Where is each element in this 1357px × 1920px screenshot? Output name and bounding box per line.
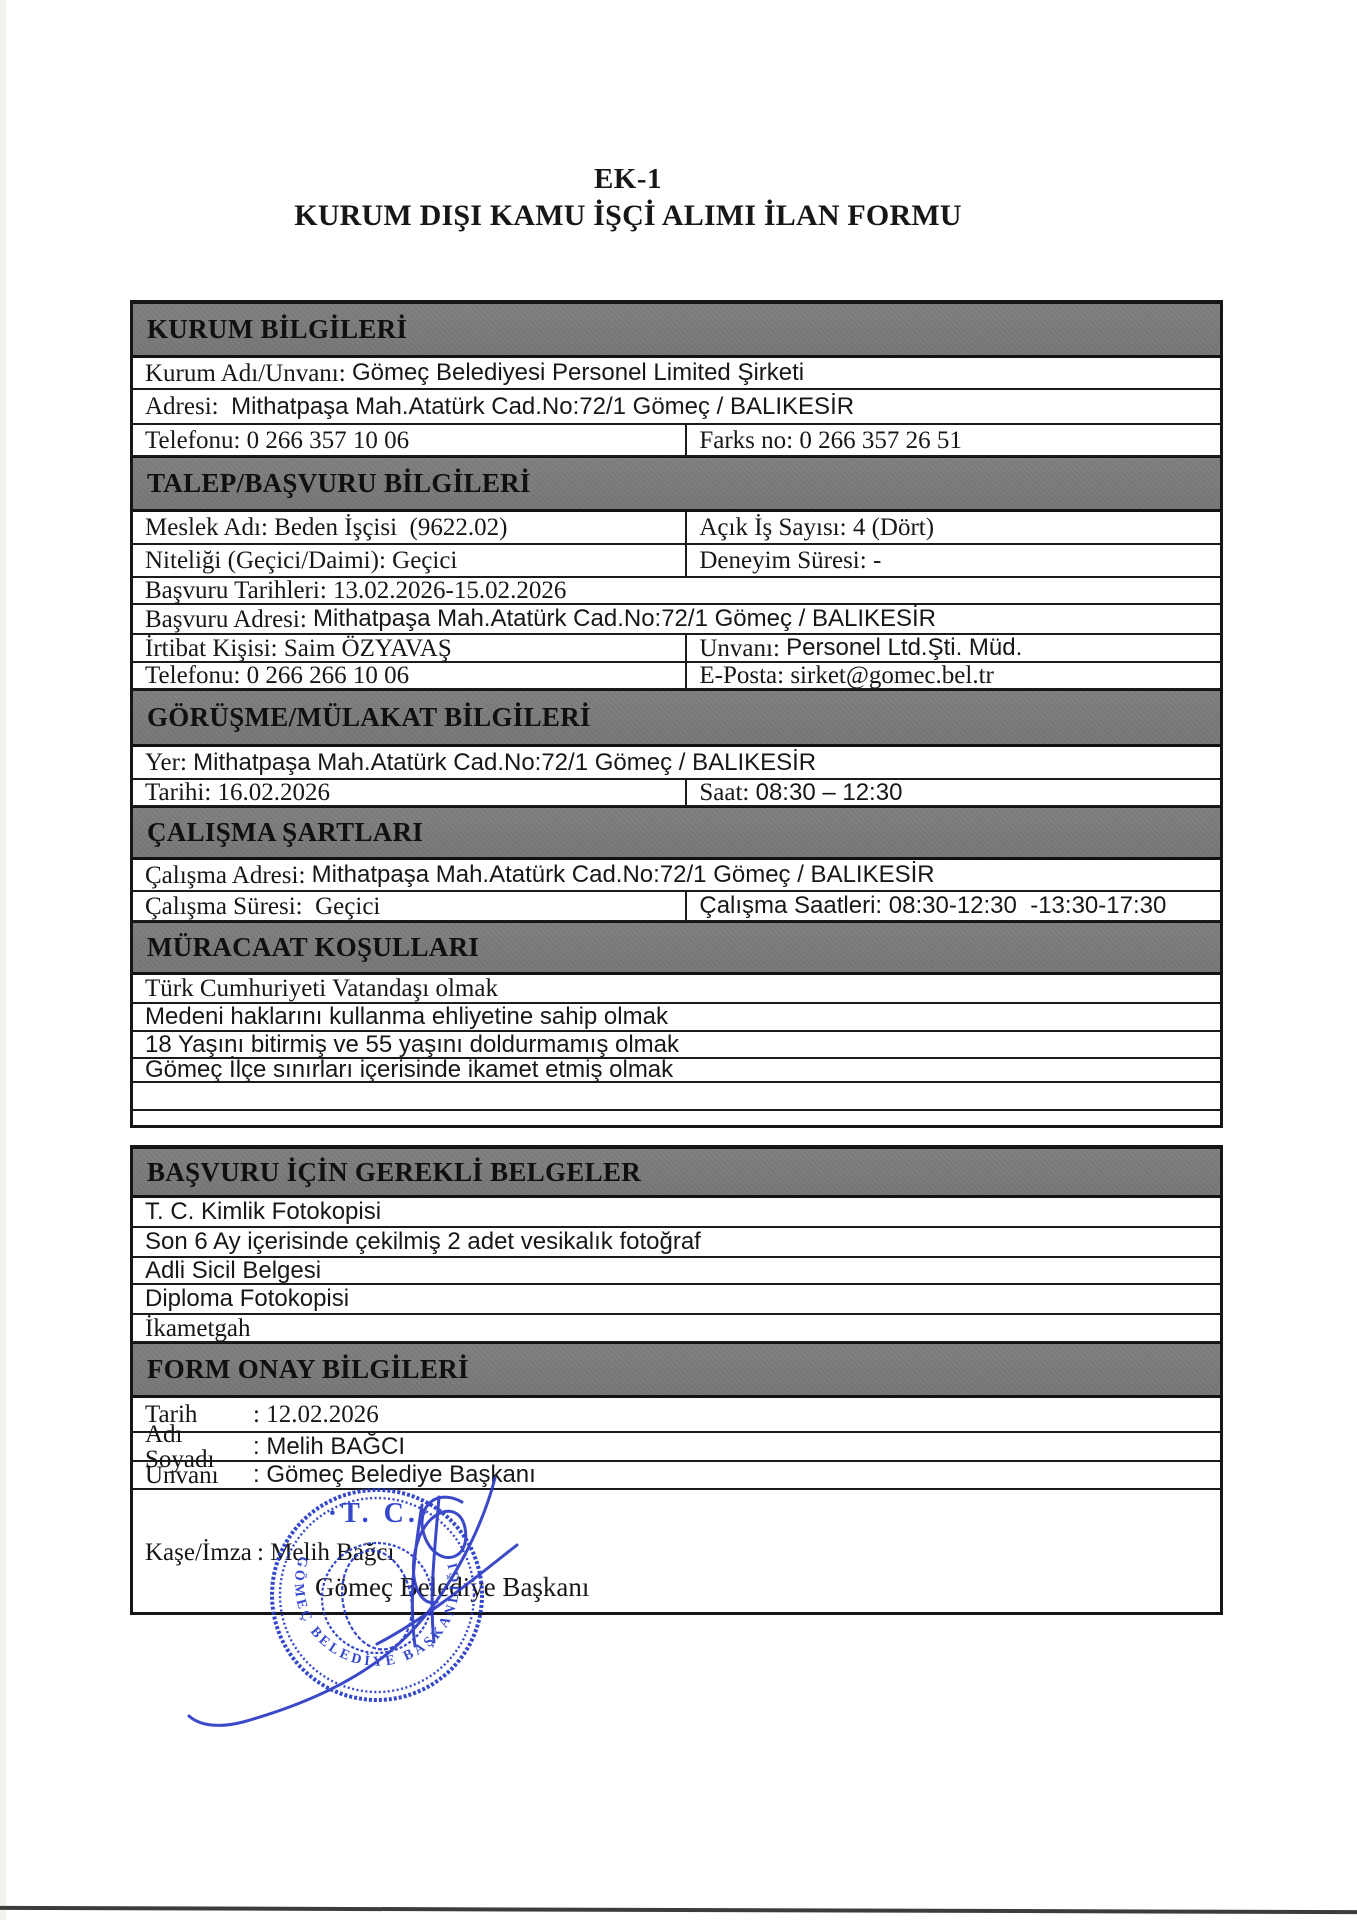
table-cell: Medeni haklarını kullanma ehliyetine sah…	[133, 1004, 1220, 1030]
table-cell: T. C. Kimlik Fotokopisi	[133, 1198, 1220, 1226]
scanner-edge-line	[0, 1906, 1357, 1914]
cell-text: Mithatpaşa Mah.Atatürk Cad.No:72/1 Gömeç…	[312, 863, 935, 887]
scanner-edge-strip	[0, 0, 6, 1920]
field-value: : Gömeç Belediye Başkanı	[253, 1463, 536, 1487]
cell-text: Farks no: 0 266 357 26 51	[699, 428, 962, 453]
ek-label: EK-1	[0, 163, 1256, 196]
cell-text: Mithatpaşa Mah.Atatürk Cad.No:72/1 Gömeç…	[313, 607, 936, 631]
cell-text: Saat:	[699, 780, 755, 805]
table-cell: E-Posta: sirket@gomec.bel.tr	[687, 663, 1220, 688]
cell-text: Mithatpaşa Mah.Atatürk Cad.No:72/1 Gömeç…	[231, 395, 854, 419]
cell-text: Kurum Adı/Unvanı:	[145, 361, 352, 386]
cell-text: İkametgah	[145, 1316, 251, 1341]
table-row: Yer: Mithatpaşa Mah.Atatürk Cad.No:72/1 …	[133, 747, 1220, 780]
table-cell: Meslek Adı: Beden İşçisi (9622.02)	[133, 512, 687, 543]
section-header-label: BAŞVURU İÇİN GEREKLİ BELGELER	[147, 1157, 641, 1188]
table-row: Meslek Adı: Beden İşçisi (9622.02)Açık İ…	[133, 512, 1220, 545]
section-header-label: TALEP/BAŞVURU BİLGİLERİ	[147, 468, 531, 499]
table-cell: Son 6 Ay içerisinde çekilmiş 2 adet vesi…	[133, 1228, 1220, 1256]
table-row: Niteliği (Geçici/Daimi): GeçiciDeneyim S…	[133, 545, 1220, 578]
table-cell: Tarihi: 16.02.2026	[133, 780, 687, 805]
table-cell: Başvuru Adresi: Mithatpaşa Mah.Atatürk C…	[133, 605, 1220, 633]
table-row: Başvuru Tarihleri: 13.02.2026-15.02.2026	[133, 578, 1220, 605]
table-row: Adı Soyadı: Melih BAĞCI	[133, 1433, 1220, 1462]
cell-text: Niteliği (Geçici/Daimi): Geçici	[145, 548, 457, 573]
table-row: Adli Sicil Belgesi	[133, 1258, 1220, 1285]
form-table-lower: BAŞVURU İÇİN GEREKLİ BELGELERT. C. Kimli…	[130, 1145, 1223, 1615]
cell-text: 08:30-12:30 -13:30-17:30	[889, 894, 1167, 918]
table-row	[133, 1111, 1220, 1125]
table-cell: Unvanı: Personel Ltd.Şti. Müd.	[687, 635, 1220, 661]
section-header-label: GÖRÜŞME/MÜLAKAT BİLGİLERİ	[147, 702, 591, 733]
cell-text: Adresi:	[145, 394, 231, 419]
cell-text: Açık İş Sayısı: 4 (Dört)	[699, 515, 934, 540]
cell-text: Başvuru Tarihleri: 13.02.2026-15.02.2026	[145, 578, 566, 603]
cell-text: Telefonu: 0 266 266 10 06	[145, 663, 409, 688]
stamp-signature-row: Kaşe/İmza: Melih BağcıGömeç Belediye Baş…	[133, 1490, 1220, 1612]
field-value: : 12.02.2026	[253, 1402, 379, 1427]
table-cell: Yer: Mithatpaşa Mah.Atatürk Cad.No:72/1 …	[133, 747, 1220, 778]
section-header-row: FORM ONAY BİLGİLERİ	[133, 1343, 1220, 1398]
table-row: Tarih: 12.02.2026	[133, 1398, 1220, 1433]
cell-text: T. C. Kimlik Fotokopisi	[145, 1200, 381, 1224]
table-cell: Başvuru Tarihleri: 13.02.2026-15.02.2026	[133, 578, 1220, 603]
table-cell: Telefonu: 0 266 266 10 06	[133, 663, 687, 688]
table-row: Başvuru Adresi: Mithatpaşa Mah.Atatürk C…	[133, 605, 1220, 635]
table-cell: Gömeç İlçe sınırları içerisinde ikamet e…	[133, 1059, 1220, 1081]
section-header-label: FORM ONAY BİLGİLERİ	[147, 1354, 469, 1385]
table-row: T. C. Kimlik Fotokopisi	[133, 1198, 1220, 1228]
field-value: : Melih Bağcı	[257, 1539, 394, 1566]
table-cell: Adli Sicil Belgesi	[133, 1258, 1220, 1283]
table-cell: Çalışma Adresi: Mithatpaşa Mah.Atatürk C…	[133, 860, 1220, 890]
section-header-label: KURUM BİLGİLERİ	[147, 314, 407, 345]
cell-text: Başvuru Adresi:	[145, 607, 313, 632]
section-header-row: KURUM BİLGİLERİ	[133, 303, 1220, 358]
table-cell: Kurum Adı/Unvanı: Gömeç Belediyesi Perso…	[133, 358, 1220, 388]
signer-title: Gömeç Belediye Başkanı	[315, 1574, 589, 1601]
field-label: Kaşe/İmza	[145, 1540, 257, 1565]
cell-text: Tarihi: 16.02.2026	[145, 780, 330, 805]
cell-text: Gömeç İlçe sınırları içerisinde ikamet e…	[145, 1058, 673, 1082]
cell-text: Personel Ltd.Şti. Müd.	[786, 636, 1022, 660]
table-row: 18 Yaşını bitirmiş ve 55 yaşını doldurma…	[133, 1032, 1220, 1059]
cell-text: Çalışma Adresi:	[145, 863, 312, 888]
section-header-row: ÇALIŞMA ŞARTLARI	[133, 807, 1220, 860]
cell-text: Çalışma Saatleri:	[699, 894, 888, 918]
section-header-row: TALEP/BAŞVURU BİLGİLERİ	[133, 457, 1220, 512]
table-row: Son 6 Ay içerisinde çekilmiş 2 adet vesi…	[133, 1228, 1220, 1258]
table-row: Telefonu: 0 266 266 10 06E-Posta: sirket…	[133, 663, 1220, 690]
table-cell: Saat: 08:30 – 12:30	[687, 780, 1220, 805]
table-cell: 18 Yaşını bitirmiş ve 55 yaşını doldurma…	[133, 1032, 1220, 1057]
cell-text: Yer:	[145, 750, 193, 775]
table-cell: Adresi: Mithatpaşa Mah.Atatürk Cad.No:72…	[133, 390, 1220, 423]
table-cell: Niteliği (Geçici/Daimi): Geçici	[133, 545, 687, 576]
table-cell: Diploma Fotokopisi	[133, 1285, 1220, 1313]
table-row: Telefonu: 0 266 357 10 06Farks no: 0 266…	[133, 425, 1220, 457]
section-header-row: MÜRACAAT KOŞULLARI	[133, 922, 1220, 975]
field-value: : Melih BAĞCI	[253, 1435, 405, 1459]
cell-text: Medeni haklarını kullanma ehliyetine sah…	[145, 1005, 668, 1029]
table-row: Türk Cumhuriyeti Vatandaşı olmak	[133, 975, 1220, 1004]
table-cell: Deneyim Süresi: -	[687, 545, 1220, 576]
cell-text: Çalışma Süresi: Geçici	[145, 894, 380, 919]
cell-text: Gömeç Belediyesi Personel Limited Şirket…	[352, 361, 804, 385]
scanned-form-page: { "page": { "ek_label": "EK-1", "title":…	[0, 0, 1357, 1920]
section-header-row: GÖRÜŞME/MÜLAKAT BİLGİLERİ	[133, 690, 1220, 747]
table-row: Medeni haklarını kullanma ehliyetine sah…	[133, 1004, 1220, 1032]
table-row: İrtibat Kişisi: Saim ÖZYAVAŞUnvanı: Pers…	[133, 635, 1220, 663]
cell-text: Meslek Adı: Beden İşçisi (9622.02)	[145, 515, 507, 540]
table-cell: Telefonu: 0 266 357 10 06	[133, 425, 687, 455]
table-cell: İkametgah	[133, 1315, 1220, 1341]
page-title: KURUM DIŞI KAMU İŞÇİ ALIMI İLAN FORMU	[0, 199, 1256, 233]
table-cell	[133, 1083, 1220, 1109]
table-cell: Çalışma Süresi: Geçici	[133, 892, 687, 920]
table-row: Çalışma Adresi: Mithatpaşa Mah.Atatürk C…	[133, 860, 1220, 892]
cell-text: 08:30 – 12:30	[756, 781, 903, 805]
form-table-upper: KURUM BİLGİLERİKurum Adı/Unvanı: Gömeç B…	[130, 300, 1223, 1128]
table-cell: Türk Cumhuriyeti Vatandaşı olmak	[133, 975, 1220, 1002]
table-row	[133, 1083, 1220, 1111]
table-row: Unvanı: Gömeç Belediye Başkanı	[133, 1462, 1220, 1490]
table-cell: Çalışma Saatleri: 08:30-12:30 -13:30-17:…	[687, 892, 1220, 920]
cell-text: 18 Yaşını bitirmiş ve 55 yaşını doldurma…	[145, 1033, 679, 1057]
section-header-label: MÜRACAAT KOŞULLARI	[147, 932, 479, 963]
cell-text: Diploma Fotokopisi	[145, 1287, 349, 1311]
cell-text: Telefonu: 0 266 357 10 06	[145, 428, 409, 453]
section-header-row: BAŞVURU İÇİN GEREKLİ BELGELER	[133, 1148, 1220, 1198]
table-cell: Farks no: 0 266 357 26 51	[687, 425, 1220, 455]
table-row: Kurum Adı/Unvanı: Gömeç Belediyesi Perso…	[133, 358, 1220, 390]
table-row: Çalışma Süresi: GeçiciÇalışma Saatleri: …	[133, 892, 1220, 922]
cell-text: Adli Sicil Belgesi	[145, 1259, 321, 1283]
field-label: Unvanı	[145, 1463, 253, 1488]
cell-text: Türk Cumhuriyeti Vatandaşı olmak	[145, 976, 498, 1001]
cell-text: Unvanı:	[699, 636, 786, 661]
cell-text: Mithatpaşa Mah.Atatürk Cad.No:72/1 Gömeç…	[193, 751, 816, 775]
table-row: Adresi: Mithatpaşa Mah.Atatürk Cad.No:72…	[133, 390, 1220, 425]
table-cell: Açık İş Sayısı: 4 (Dört)	[687, 512, 1220, 543]
table-cell	[133, 1111, 1220, 1125]
cell-text: İrtibat Kişisi: Saim ÖZYAVAŞ	[145, 636, 452, 661]
cell-text: Deneyim Süresi: -	[699, 548, 881, 573]
table-cell: İrtibat Kişisi: Saim ÖZYAVAŞ	[133, 635, 687, 661]
cell-text: E-Posta: sirket@gomec.bel.tr	[699, 663, 993, 688]
table-row: Tarihi: 16.02.2026Saat: 08:30 – 12:30	[133, 780, 1220, 807]
table-row: İkametgah	[133, 1315, 1220, 1343]
table-row: Diploma Fotokopisi	[133, 1285, 1220, 1315]
section-header-label: ÇALIŞMA ŞARTLARI	[147, 817, 423, 848]
table-row: Gömeç İlçe sınırları içerisinde ikamet e…	[133, 1059, 1220, 1083]
cell-text: Son 6 Ay içerisinde çekilmiş 2 adet vesi…	[145, 1230, 701, 1254]
